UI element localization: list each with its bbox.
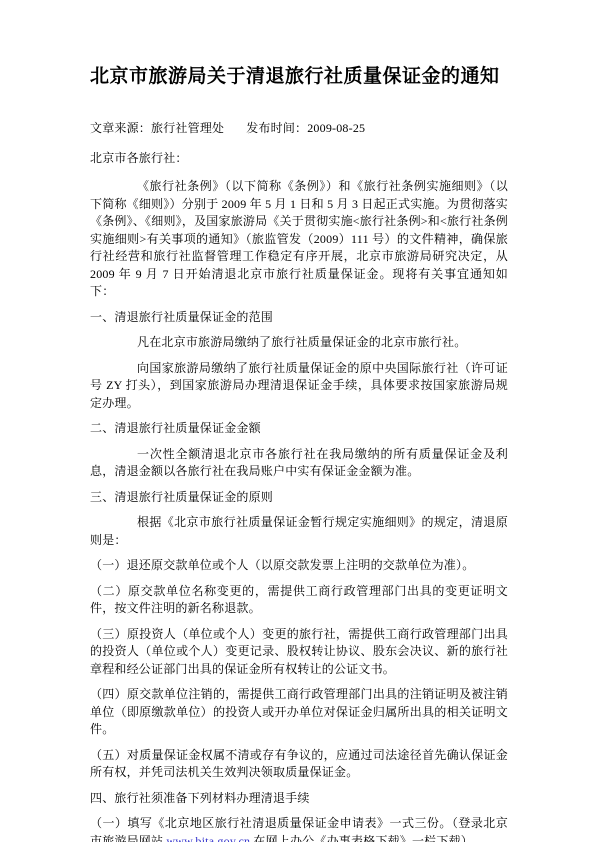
intro-paragraph: 《旅行社条例》（以下简称《条例》）和《旅行社条例实施细则》（以下简称《细则》）分…	[90, 178, 508, 301]
section-1-paragraph-2: 向国家旅游局缴纳了旅行社质量保证金的原中央国际旅行社（许可证号 ZY 打头），到…	[90, 360, 508, 413]
section-1-heading: 一、清退旅行社质量保证金的范围	[90, 309, 508, 327]
principle-item-2: （二）原交款单位名称变更的，需提供工商行政管理部门出具的变更证明文件，按文件注明…	[90, 583, 508, 618]
document-content: 北京市旅游局关于清退旅行社质量保证金的通知 文章来源：旅行社管理处发布时间：20…	[0, 0, 595, 842]
publish-date-label: 发布时间：	[246, 121, 307, 135]
source-label: 文章来源：	[90, 121, 151, 135]
section-2-paragraph-1: 一次性全额清退北京市各旅行社在我局缴纳的所有质量保证金及利息，清退金额以各旅行社…	[90, 446, 508, 481]
materials-item-1-text-after: 在网上办公《办事表格下载》一栏下载）	[250, 834, 473, 842]
principle-item-1: （一）退还原交款单位或个人（以原交款发票上注明的交款单位为准）。	[90, 557, 508, 575]
section-4-heading: 四、旅行社须准备下列材料办理清退手续	[90, 790, 508, 808]
section-2-heading: 二、清退旅行社质量保证金金额	[90, 420, 508, 438]
website-link[interactable]: www.bjta.gov.cn	[166, 834, 250, 842]
page-title: 北京市旅游局关于清退旅行社质量保证金的通知	[90, 64, 508, 89]
article-meta: 文章来源：旅行社管理处发布时间：2009-08-25	[90, 120, 508, 138]
section-1-paragraph-1: 凡在北京市旅游局缴纳了旅行社质量保证金的北京市旅行社。	[90, 334, 508, 352]
section-3-paragraph-1: 根据《北京市旅行社质量保证金暂行规定实施细则》的规定，清退原则是：	[90, 514, 508, 549]
salutation: 北京市各旅行社：	[90, 150, 508, 168]
document-page: 北京市旅游局关于清退旅行社质量保证金的通知 文章来源：旅行社管理处发布时间：20…	[0, 0, 595, 842]
principle-item-5: （五）对质量保证金权属不清或存有争议的，应通过司法途径首先确认保证金所有权，并凭…	[90, 747, 508, 782]
materials-item-1: （一）填写《北京地区旅行社清退质量保证金申请表》一式三份。（登录北京市旅游局网站…	[90, 815, 508, 842]
publish-date-value: 2009-08-25	[307, 121, 365, 135]
principle-item-3: （三）原投资人（单位或个人）变更的旅行社，需提供工商行政管理部门出具的投资人（单…	[90, 626, 508, 679]
section-3-heading: 三、清退旅行社质量保证金的原则	[90, 489, 508, 507]
principle-item-4: （四）原交款单位注销的，需提供工商行政管理部门出具的注销证明及被注销单位（即原缴…	[90, 686, 508, 739]
source-value: 旅行社管理处	[151, 121, 224, 135]
